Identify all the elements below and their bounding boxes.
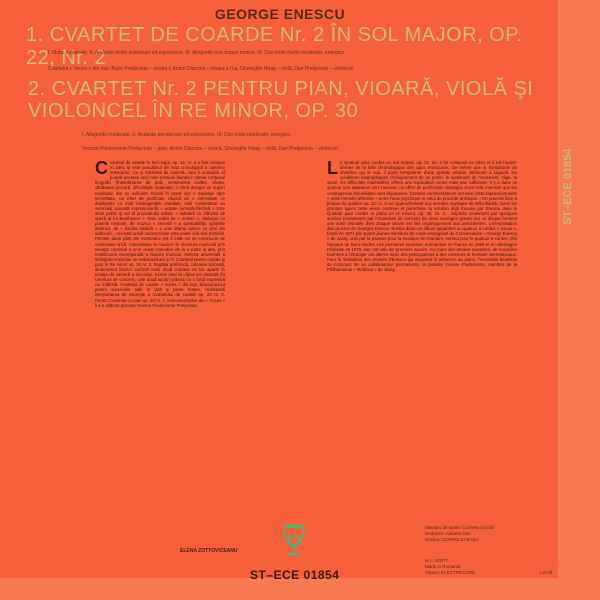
print-line: Tiparul: ELECTRECORD xyxy=(425,570,475,576)
drop-cap: L xyxy=(327,160,338,176)
right-edge-strip xyxy=(558,0,600,600)
notes-text-fr: e Quatuor pour cordes en Sol majeur, op.… xyxy=(327,160,517,272)
catalog-number: ST–ECE 01854 xyxy=(250,568,339,582)
drop-cap: C xyxy=(95,160,108,176)
credit-line: Grafica: CORNELIU BABA xyxy=(425,537,494,543)
work1-title: 1. CVARTET DE COARDE Nr. 2 ÎN SOL MAJOR,… xyxy=(26,24,546,70)
print-info: N.I.: 425/77 Made in Romania Tiparul: EL… xyxy=(425,558,475,576)
work2-performers: Yvonne Piedemonte-Prelipcean – pian, Ant… xyxy=(82,146,338,152)
catalog-number-spine: ST–ECE 01854 xyxy=(562,149,574,225)
liner-notes-romanian: Cvartetul de coarde în Sol major, op. 22… xyxy=(95,160,225,308)
notes-text-ro: vartetul de coarde în Sol major, op. 22,… xyxy=(95,160,225,308)
electrecord-lyre-icon xyxy=(280,520,308,560)
work1-movements: I. Molto moderato. II. Andante molto sos… xyxy=(48,50,344,56)
price: Lei 28 xyxy=(540,570,552,575)
notes-author: ELENA ZOTTOVICEANU xyxy=(180,548,238,554)
production-credits: Maestru de sunet: Cornelia Ciocilă Redac… xyxy=(425,525,494,543)
composer-name: GEORGE ENESCU xyxy=(0,6,560,22)
liner-notes-french: Le Quatuor pour cordes en Sol majeur, op… xyxy=(327,160,517,272)
work2-title: 2. CVARTET Nr. 2 PENTRU PIAN, VIOARĂ, VI… xyxy=(28,78,548,122)
work2-movements: I. Allegretto moderato. II. Andante pens… xyxy=(82,132,290,138)
work1-performers: Cvartetul « Voces » din Iaşi: Bujor Prel… xyxy=(48,66,353,72)
